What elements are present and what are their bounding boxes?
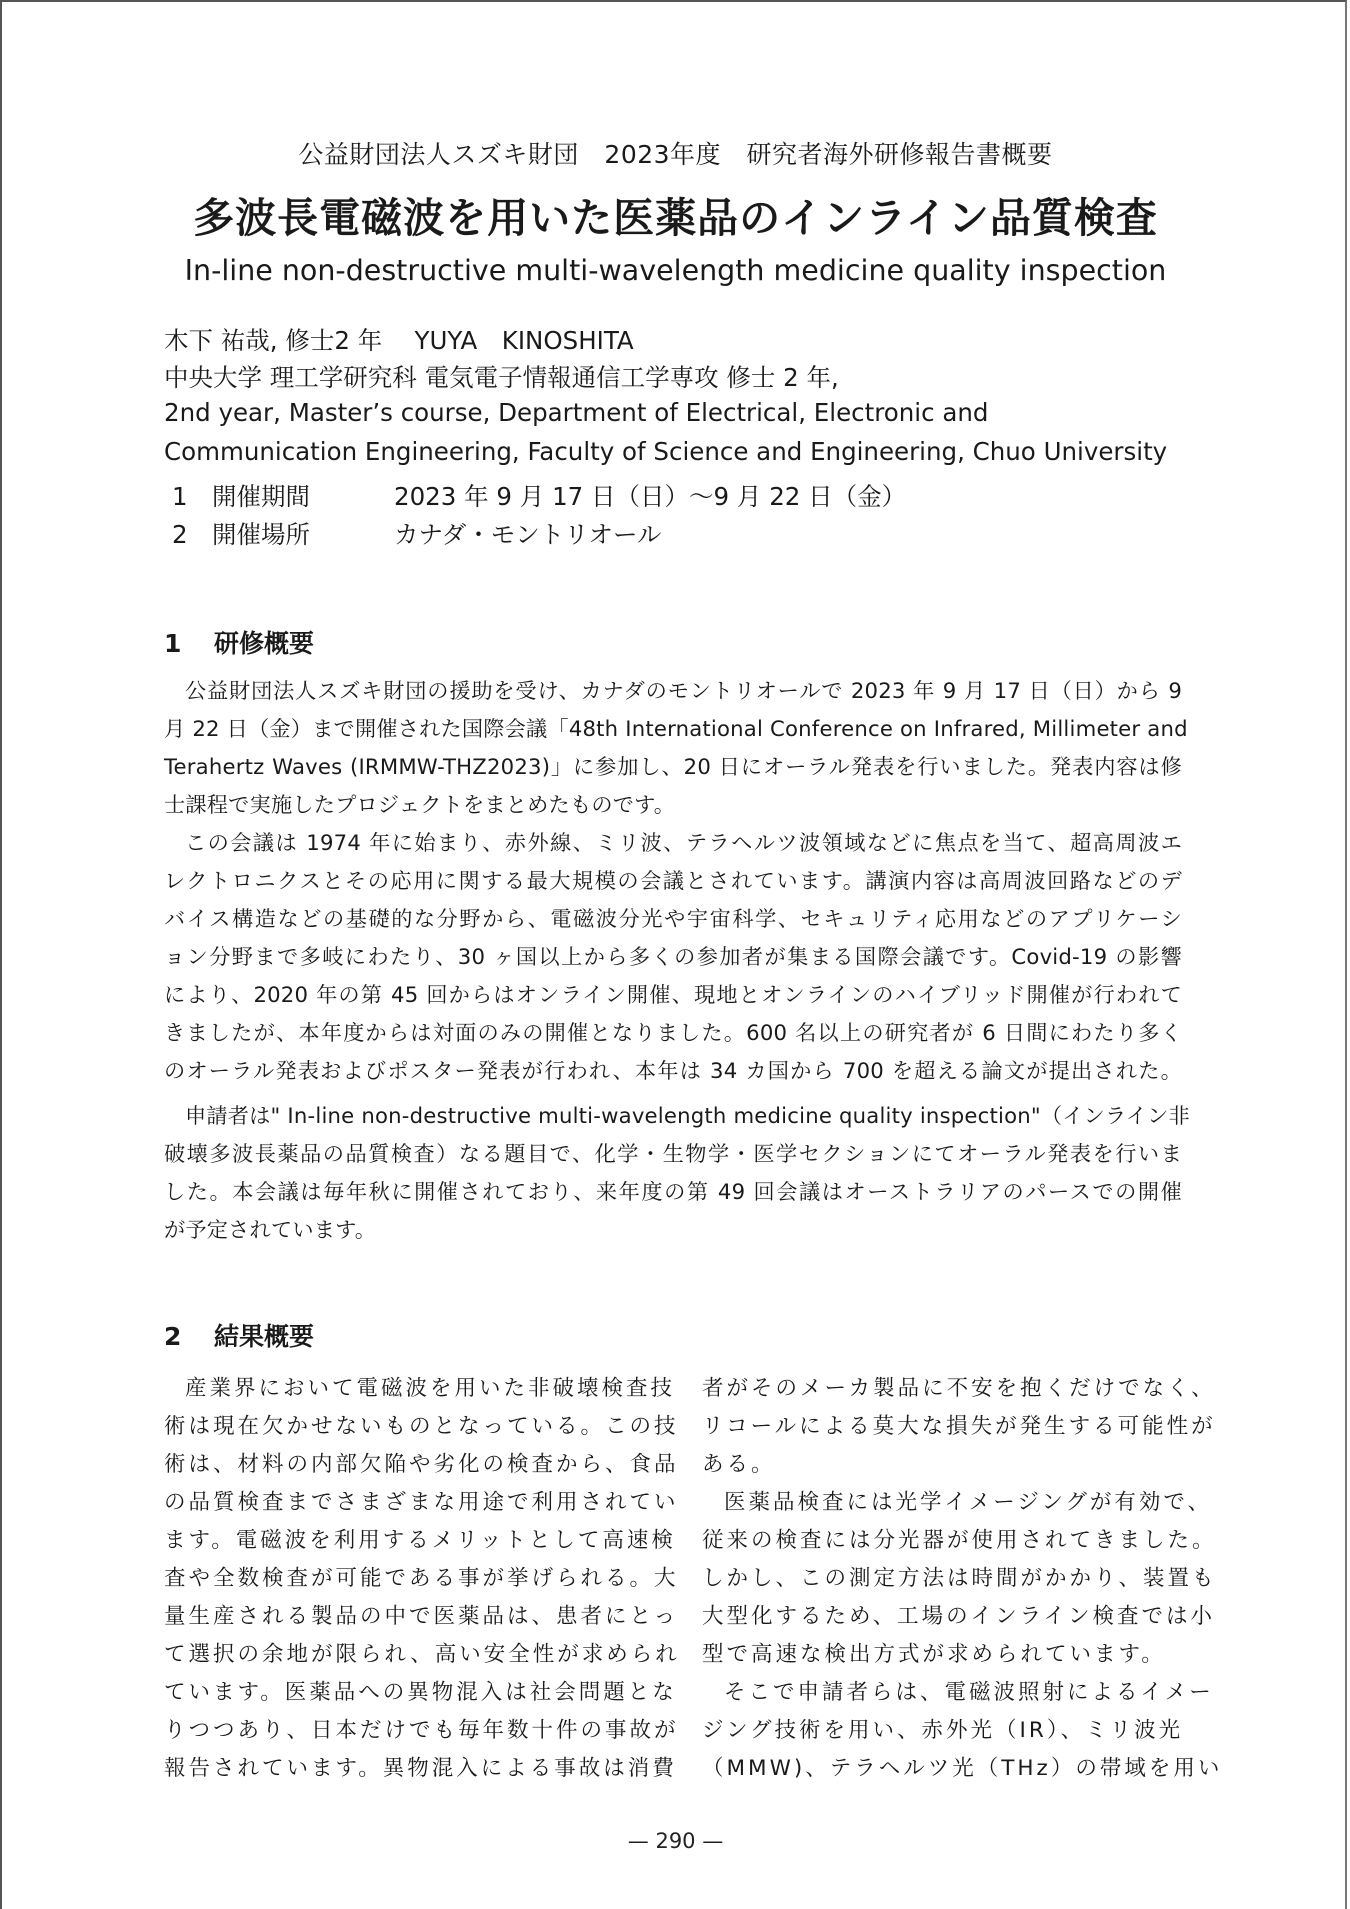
right-column-line: 型で高速な検出方式が求められています。 [702,1637,1166,1668]
left-column-line: 量生産される製品の中で医薬品は、患者にとっ [164,1599,678,1630]
left-column-line: ています。医薬品への異物混入は社会問題とな [164,1675,677,1706]
paragraph-line: Terahertz Waves (IRMMW-THZ2023)」に参加し、20 … [164,751,1182,781]
page-number: — 290 — [2,1829,1349,1853]
left-column-line: 産業界において電磁波を用いた非破壊検査技 [185,1371,675,1402]
left-column-line: ます。電磁波を利用するメリットとして高速検 [164,1523,676,1554]
paragraph-line: 破壊多波長薬品の品質検査）なる題目で、化学・生物学・医学セクションにてオーラル発… [164,1138,1182,1168]
right-column-line: ある。 [702,1447,776,1478]
section-title: 研修概要 [214,629,314,658]
right-column-line: 者がそのメーカ製品に不安を抱くだけでなく、 [702,1371,1216,1402]
paragraph-line: レクトロニクスとその応用に関する最大規模の会議とされています。講演内容は高周波回… [164,865,1182,895]
info-row-period: 1開催期間2023 年 9 月 17 日（日）～9 月 22 日（金） [172,478,906,513]
paragraph-line: により、2020 年の第 45 回からはオンライン開催、現地とオンラインのハイブ… [164,979,1182,1009]
paragraph-line: のオーラル発表およびポスター発表が行われ、本年は 34 カ国から 700 を超え… [164,1055,1182,1085]
info-value: 2023 年 9 月 17 日（日）～9 月 22 日（金） [394,482,906,511]
left-column-line: りつつあり、日本だけでも毎年数十件の事故が [164,1713,679,1744]
info-number: 1 [172,482,212,511]
section-number: 2 [164,1322,214,1351]
english-title: In-line non-destructive multi-wavelength… [2,254,1349,287]
section-number: 1 [164,629,214,658]
left-column-line: の品質検査までさまざまな用途で利用されてい [164,1485,679,1516]
paragraph-line: 月 22 日（金）まで開催された国際会議「48th International … [164,713,1182,743]
right-column-line: ジング技術を用い、赤外光（IR）、ミリ波光 [702,1713,1183,1744]
left-column-line: 術は、材料の内部欠陥や劣化の検査から、食品 [164,1447,679,1478]
author-line: 木下 祐哉, 修士2 年 YUYA KINOSHITA [164,322,634,357]
document-page: 公益財団法人スズキ財団 2023年度 研究者海外研修報告書概要 多波長電磁波を用… [0,0,1347,1909]
left-column-line: 術は現在欠かせないものとなっている。この技 [164,1409,679,1440]
info-value: カナダ・モントリオール [394,520,662,549]
right-column-line: 大型化するため、工場のインライン検査では小 [702,1599,1215,1630]
paragraph-line: 申請者は" In-line non-destructive multi-wave… [185,1100,1182,1130]
page-title: 多波長電磁波を用いた医薬品のインライン品質検査 [2,185,1349,244]
right-column-line: 従来の検査には分光器が使用されてきました。 [702,1523,1217,1554]
info-label: 開催期間 [212,478,394,513]
info-number: 2 [172,520,212,549]
right-column-line: （MMW)、テラヘルツ光（THz）の帯域を用い [702,1751,1222,1782]
affiliation-en-line-1: 2nd year, Master’s course, Department of… [164,398,988,427]
paragraph-line: きましたが、本年度からは対面のみの開催となりました。600 名以上の研究者が 6… [164,1017,1182,1047]
paragraph-line: 公益財団法人スズキ財団の援助を受け、カナダのモントリオールで 2023 年 9 … [185,675,1182,705]
right-column-line: リコールによる莫大な損失が発生する可能性が [702,1409,1216,1440]
section-heading-overview: 1研修概要 [164,624,314,660]
left-column-line: 報告されています。異物混入による事故は消費 [164,1751,677,1782]
info-row-venue: 2開催場所カナダ・モントリオール [172,516,662,551]
section-heading-results: 2結果概要 [164,1317,314,1353]
info-label: 開催場所 [212,516,394,551]
left-column-line: て選択の余地が限られ、高い安全性が求められ [164,1637,680,1668]
paragraph-line: この会議は 1974 年に始まり、赤外線、ミリ波、テラヘルツ波領域などに焦点を当… [185,827,1182,857]
paragraph-line: バイス構造などの基礎的な分野から、電磁波分光や宇宙科学、セキュリティ応用などのア… [164,903,1182,933]
report-supertitle: 公益財団法人スズキ財団 2023年度 研究者海外研修報告書概要 [2,135,1349,171]
left-column-line: 査や全数検査が可能である事が挙げられる。大 [164,1561,679,1592]
right-column-line: 医薬品検査には光学イメージングが有効で、 [724,1485,1212,1516]
paragraph-line: ョン分野まで多岐にわたり、30 ヶ国以上から多くの参加者が集まる国際会議です。C… [164,941,1182,971]
section-title: 結果概要 [214,1322,314,1351]
affiliation-en-line-2: Communication Engineering, Faculty of Sc… [164,437,1167,466]
right-column-line: そこで申請者らは、電磁波照射によるイメー [724,1675,1214,1706]
paragraph-line: 士課程で実施したプロジェクトをまとめたものです。 [164,789,1182,819]
paragraph-line: が予定されています。 [164,1214,1182,1244]
right-column-line: しかし、この測定方法は時間がかかり、装置も [702,1561,1217,1592]
affiliation-ja: 中央大学 理工学研究科 電気電子情報通信工学専攻 修士 2 年, [164,359,839,394]
paragraph-line: した。本会議は毎年秋に開催されており、来年度の第 49 回会議はオーストラリアの… [164,1176,1182,1206]
